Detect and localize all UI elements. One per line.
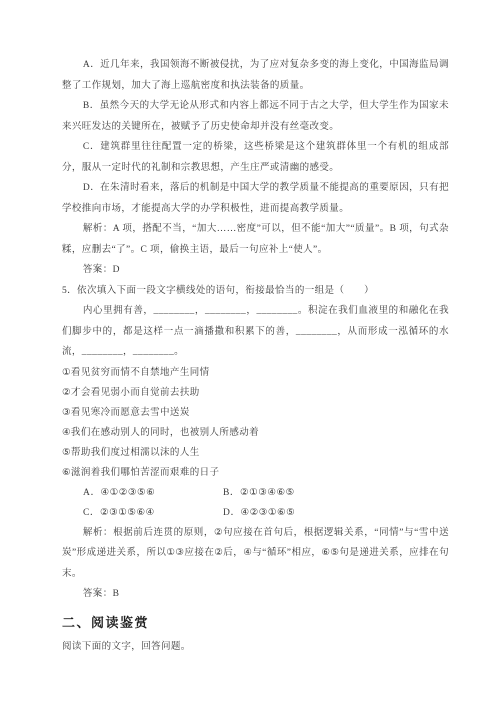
q5-item-6: ⑥滋润着我们哪怕苦涩而艰难的日子 [62, 463, 449, 483]
q5-item-4: ④我们在感动别人的同时，也被别人所感动着 [62, 423, 449, 443]
reading-appreciation-section: 二、阅读鉴赏 阅读下面的文字，回答问题。 [62, 612, 449, 658]
q5-choice-b: B．②①③④⑥⑤ [223, 488, 295, 498]
q5-stem: 5．依次填入下面一段文字横线处的语句，衔接最恰当的一组是（ ） [62, 281, 449, 302]
q5-choice-c: C．②③①⑤⑥④ [83, 503, 220, 523]
question5-section: 5．依次填入下面一段文字横线处的语句，衔接最恰当的一组是（ ） 内心里拥有善，_… [62, 281, 449, 605]
q5-item-3: ③看见寒冷而愿意去雪中送炭 [62, 403, 449, 423]
q4-analysis: 解析：A 项，搭配不当，“加大……密度”可以，但不能“加大”“质量”。B 项，句… [62, 219, 449, 260]
q5-passage: 内心里拥有善，________，________，________。积淀在我们血… [62, 301, 449, 363]
q4-option-c: C．建筑群里往往配置一定的桥梁，这些桥梁是这个建筑群体里一个有机的组成部分，服从… [62, 137, 449, 178]
q5-item-2: ②才会看见弱小而自觉前去扶助 [62, 383, 449, 403]
reading-intro: 阅读下面的文字，回答问题。 [62, 637, 449, 658]
section2-heading: 二、阅读鉴赏 [62, 612, 449, 634]
q4-option-d: D．在朱清时看来，落后的机制是中国大学的教学质量不能提高的重要原因，只有把学校推… [62, 178, 449, 219]
q5-choice-a: A．④①②③⑤⑥ [83, 483, 220, 503]
q4-option-b: B．虽然今天的大学无论从形式和内容上都远不同于古之大学，但大学生作为国家未来兴旺… [62, 96, 449, 137]
q5-item-1: ①看见贫穷而情不自禁地产生同情 [62, 363, 449, 383]
q5-choice-row-2: C．②③①⑤⑥④ D．④②③①⑥⑤ [83, 503, 449, 523]
q4-answer: 答案：D [62, 260, 449, 281]
q5-answer: 答案：B [62, 584, 449, 605]
document-content: A．近几年来，我国领海不断被侵扰，为了应对复杂多变的海上变化，中国海监局调整了工… [62, 55, 449, 657]
q5-item-5: ⑤帮助我们度过相濡以沫的人生 [62, 443, 449, 463]
q5-analysis: 解析：根据前后连贯的原则，②句应接在首句后，根据逻辑关系，“同情”与“雪中送炭”… [62, 523, 449, 585]
document-page: A．近几年来，我国领海不断被侵扰，为了应对复杂多变的海上变化，中国海监局调整了工… [0, 0, 500, 707]
q5-item-list: ①看见贫穷而情不自禁地产生同情 ②才会看见弱小而自觉前去扶助 ③看见寒冷而愿意去… [62, 363, 449, 483]
q5-choice-row-1: A．④①②③⑤⑥ B．②①③④⑥⑤ [83, 483, 449, 503]
question4-section: A．近几年来，我国领海不断被侵扰，为了应对复杂多变的海上变化，中国海监局调整了工… [62, 55, 449, 281]
q5-choice-d: D．④②③①⑥⑤ [223, 508, 295, 518]
q4-option-a: A．近几年来，我国领海不断被侵扰，为了应对复杂多变的海上变化，中国海监局调整了工… [62, 55, 449, 96]
